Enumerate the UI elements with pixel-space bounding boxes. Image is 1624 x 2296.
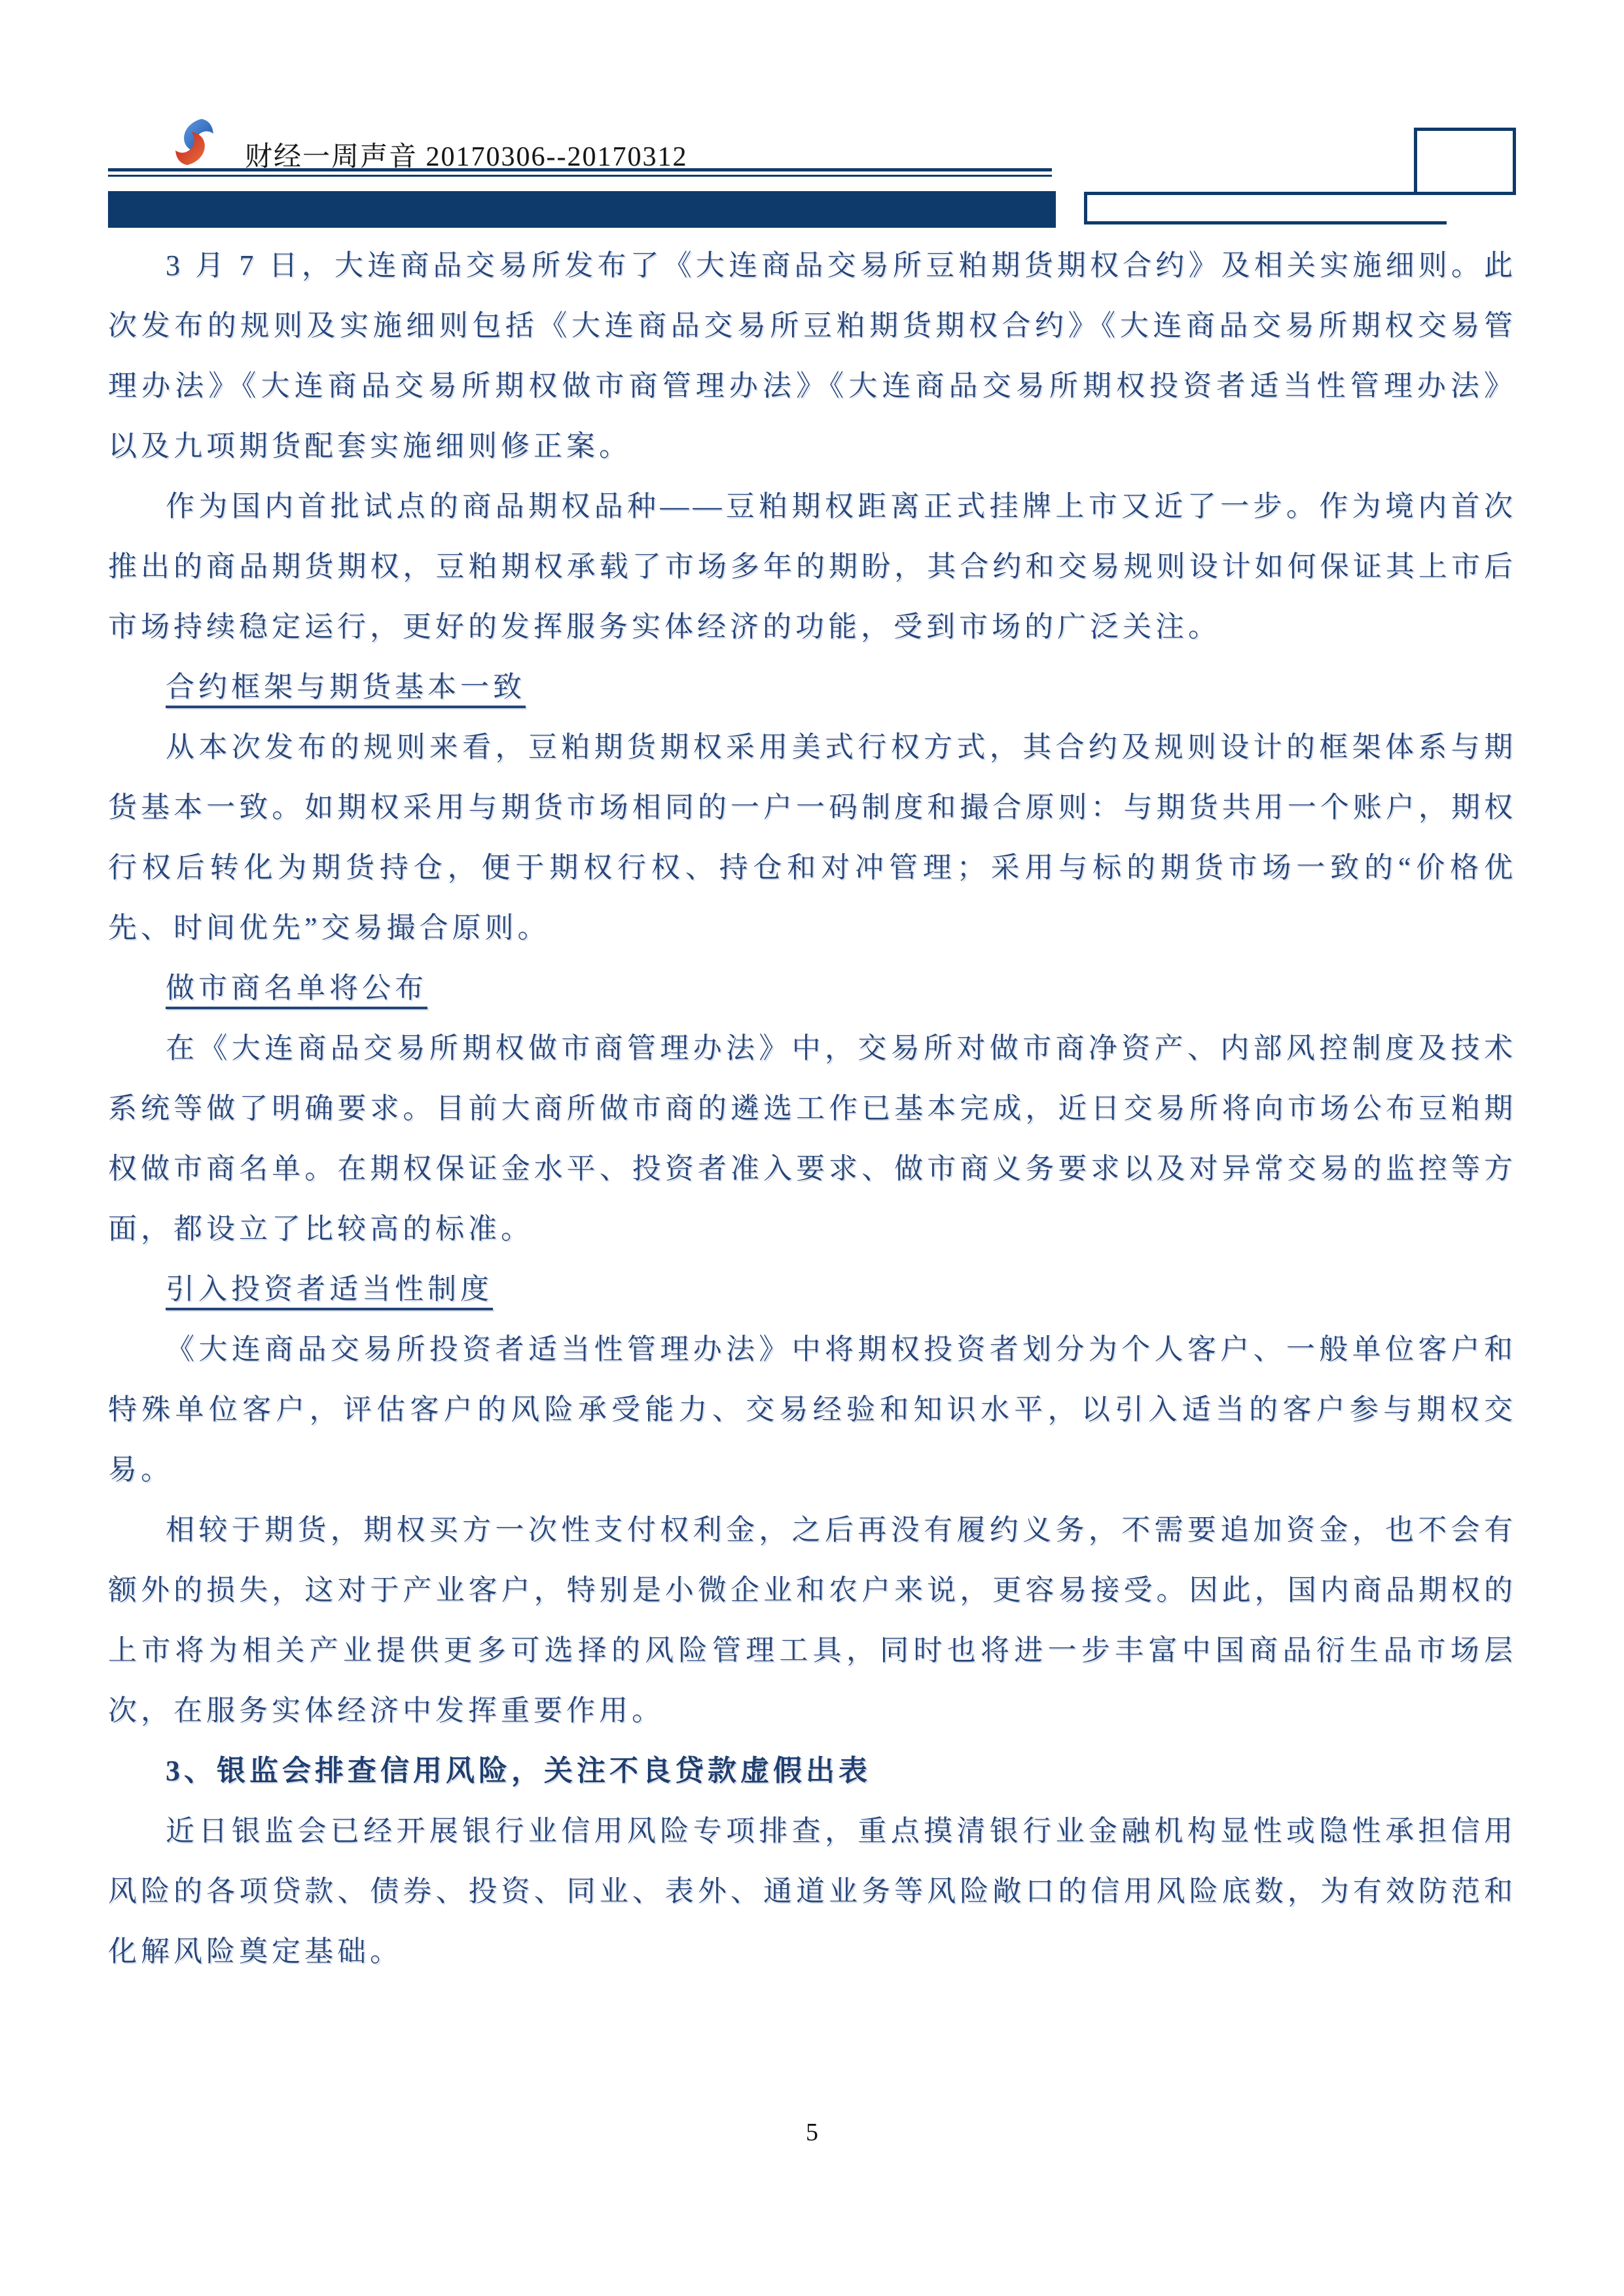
paragraph: 在《大连商品交易所期权做市商管理办法》中，交易所对做市商净资产、内部风控制度及技… — [108, 1018, 1517, 1259]
page-number: 5 — [0, 2118, 1624, 2147]
section-heading: 做市商名单将公布 — [108, 958, 1517, 1018]
document-page: { "header": { "title": "财经一周声音 20170306-… — [0, 0, 1624, 2296]
paragraph: 从本次发布的规则来看，豆粕期货期权采用美式行权方式，其合约及规则设计的框架体系与… — [108, 717, 1517, 958]
document-body: 3 月 7 日，大连商品交易所发布了《大连商品交易所豆粕期货期权合约》及相关实施… — [108, 236, 1517, 1982]
section-heading-text: 合约框架与期货基本一致 — [166, 671, 526, 703]
paragraph: 3 月 7 日，大连商品交易所发布了《大连商品交易所豆粕期货期权合约》及相关实施… — [108, 236, 1517, 476]
paragraph: 《大连商品交易所投资者适当性管理办法》中将期权投资者划分为个人客户、一般单位客户… — [108, 1319, 1517, 1500]
header-navy-bar — [108, 191, 1056, 228]
header-box-mask — [1447, 219, 1516, 226]
section-heading: 合约框架与期货基本一致 — [108, 657, 1517, 717]
page: 财经一周声音 20170306--20170312 3 月 7 日，大连商品交易… — [0, 0, 1624, 2296]
section-heading: 引入投资者适当性制度 — [108, 1259, 1517, 1319]
paragraph: 近日银监会已经开展银行业信用风险专项排查，重点摸清银行业金融机构显性或隐性承担信… — [108, 1801, 1517, 1982]
header-rule-line — [108, 168, 1052, 177]
section-heading-text: 引入投资者适当性制度 — [166, 1273, 493, 1305]
header-decorative-box-small — [1414, 128, 1516, 195]
section-heading-text: 做市商名单将公布 — [166, 972, 427, 1004]
numbered-heading: 3、银监会排查信用风险，关注不良贷款虚假出表 — [108, 1741, 1517, 1801]
paragraph: 相较于期货，期权买方一次性支付权利金，之后再没有履约义务，不需要追加资金，也不会… — [108, 1500, 1517, 1741]
paragraph: 作为国内首批试点的商品期权品种——豆粕期权距离正式挂牌上市又近了一步。作为境内首… — [108, 476, 1517, 657]
s-swirl-logo-icon — [174, 118, 215, 166]
